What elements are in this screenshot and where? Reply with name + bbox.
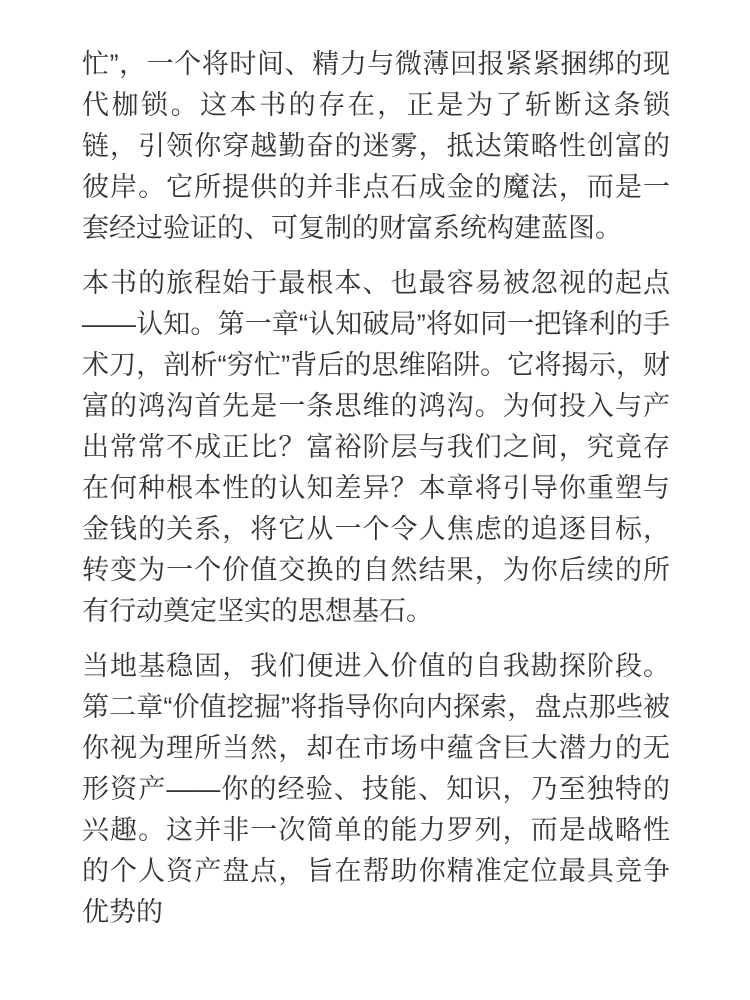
book-text-content: 忙”，一个将时间、精力与微薄回报紧紧捆绑的现代枷锁。这本书的存在，正是为了斩断这… [82,44,670,947]
reader-page: 忙”，一个将时间、精力与微薄回报紧紧捆绑的现代枷锁。这本书的存在，正是为了斩断这… [0,0,750,1000]
paragraph-1: 忙”，一个将时间、精力与微薄回报紧紧捆绑的现代枷锁。这本书的存在，正是为了斩断这… [82,44,670,249]
paragraph-2: 本书的旅程始于最根本、也最容易被忽视的起点——认知。第一章“认知破局”将如同一把… [82,263,670,632]
paragraph-3: 当地基稳固，我们便进入价值的自我勘探阶段。第二章“价值挖掘”将指导你向内探索，盘… [82,646,670,933]
